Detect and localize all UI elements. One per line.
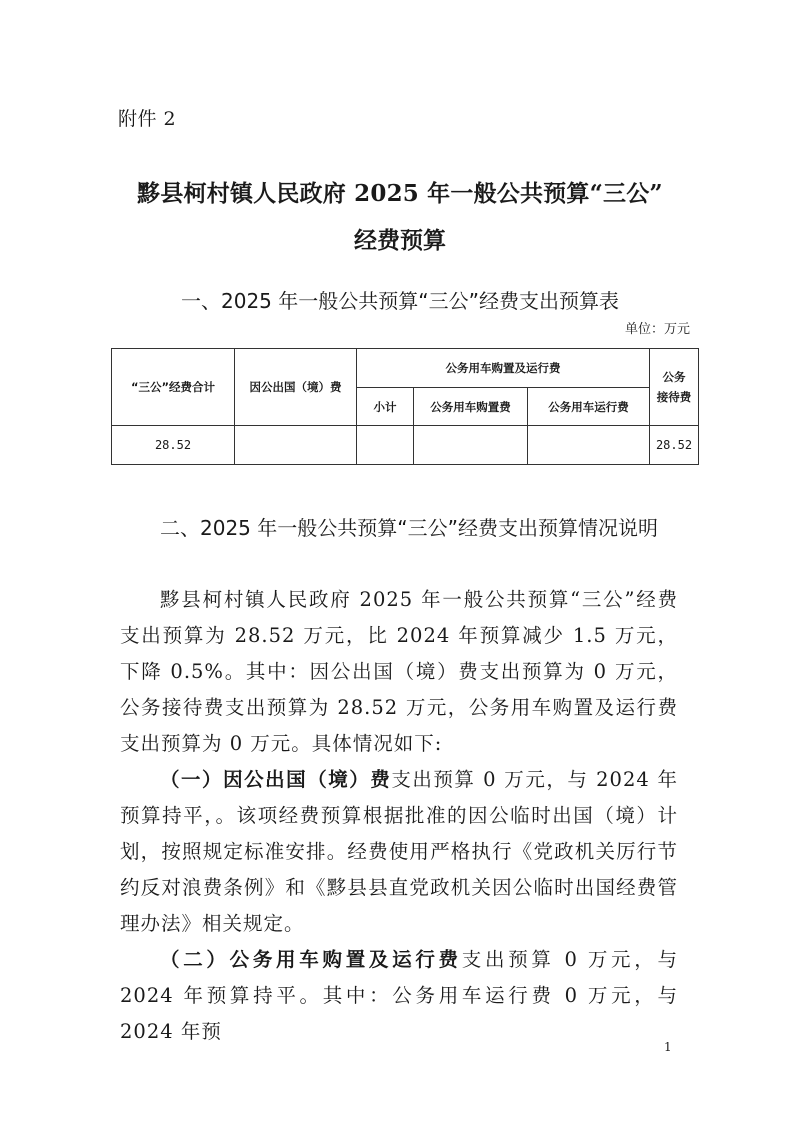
cell-vehicle-operation bbox=[528, 426, 650, 465]
budget-table: “三公”经费合计 因公出国（境）费 公务用车购置及运行费 公务 接待费 小计 公… bbox=[111, 348, 699, 465]
attachment-label: 附件 2 bbox=[118, 104, 176, 131]
header-vehicle-group: 公务用车购置及运行费 bbox=[357, 349, 650, 388]
paragraph-item2: （二）公务用车购置及运行费支出预算 0 万元，与 2024 年预算持平。其中：公… bbox=[120, 942, 678, 1050]
table-row: 28.52 28.52 bbox=[112, 426, 699, 465]
item1-text: 支出预算 0 万元，与 2024 年预算持平，。该项经费预算根据批准的因公临时出… bbox=[120, 768, 678, 935]
cell-vehicle-subtotal bbox=[357, 426, 414, 465]
section2-heading: 二、2025 年一般公共预算“三公”经费支出预算情况说明 bbox=[120, 510, 680, 546]
cell-total: 28.52 bbox=[112, 426, 235, 465]
header-total: “三公”经费合计 bbox=[112, 349, 235, 426]
header-reception-line2: 接待费 bbox=[650, 389, 698, 405]
document-title-line2: 经费预算 bbox=[100, 226, 700, 256]
header-reception: 公务 接待费 bbox=[650, 349, 699, 426]
item1-label: （一）因公出国（境）费 bbox=[160, 768, 391, 791]
paragraph-summary: 黟县柯村镇人民政府 2025 年一般公共预算“三公”经费支出预算为 28.52 … bbox=[120, 582, 678, 762]
header-overseas: 因公出国（境）费 bbox=[235, 349, 357, 426]
page-number: 1 bbox=[664, 1040, 672, 1054]
header-vehicle-subtotal: 小计 bbox=[357, 388, 414, 426]
cell-reception: 28.52 bbox=[650, 426, 699, 465]
document-title-line1: 黟县柯村镇人民政府 2025 年一般公共预算“三公” bbox=[100, 179, 700, 209]
cell-vehicle-purchase bbox=[414, 426, 528, 465]
header-vehicle-purchase: 公务用车购置费 bbox=[414, 388, 528, 426]
paragraph-item1: （一）因公出国（境）费支出预算 0 万元，与 2024 年预算持平，。该项经费预… bbox=[120, 762, 678, 942]
header-reception-line1: 公务 bbox=[650, 369, 698, 385]
unit-label: 单位：万元 bbox=[560, 318, 690, 337]
section1-heading: 一、2025 年一般公共预算“三公”经费支出预算表 bbox=[100, 288, 700, 314]
item2-label: （二）公务用车购置及运行费 bbox=[160, 948, 462, 971]
header-vehicle-operation: 公务用车运行费 bbox=[528, 388, 650, 426]
cell-overseas bbox=[235, 426, 357, 465]
